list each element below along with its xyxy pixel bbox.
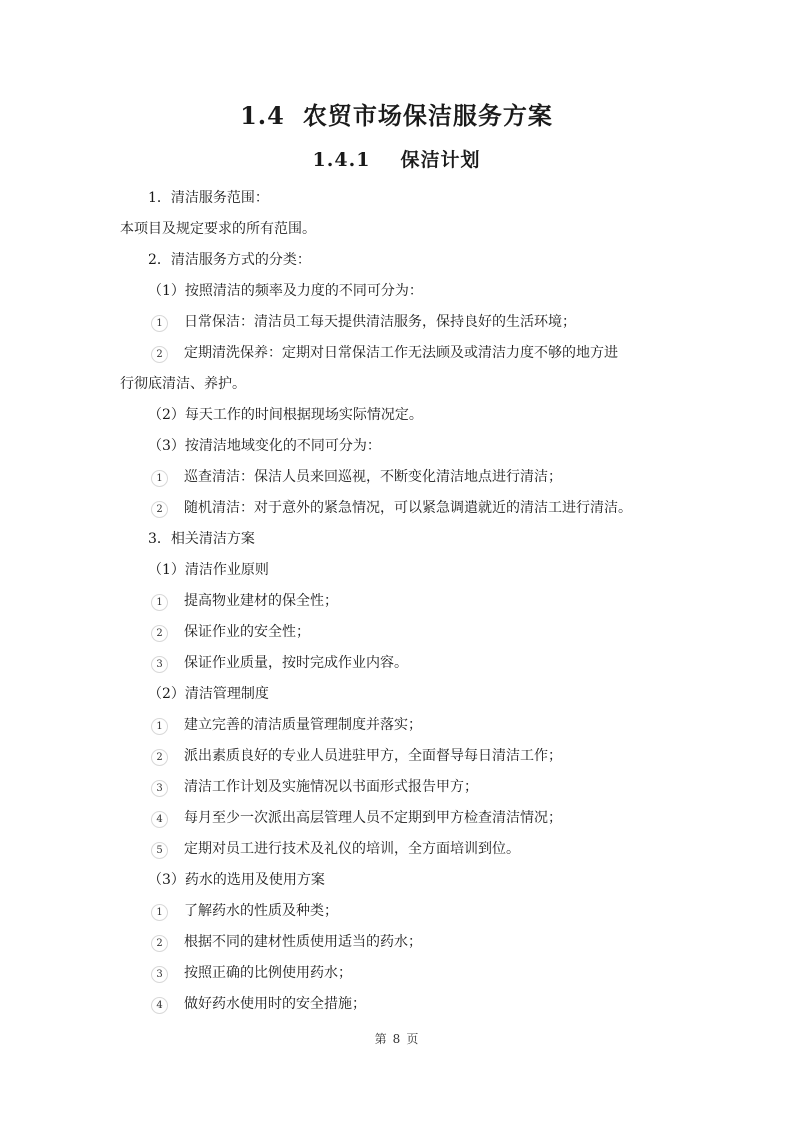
list-item: 5定期对员工进行技术及礼仪的培训，全方面培训到位。 — [120, 834, 675, 865]
paragraph-line: （1）清洁作业原则 — [120, 555, 675, 586]
line-text: （2）每天工作的时间根据现场实际情况定。 — [148, 407, 423, 423]
paragraph-line: （3）按清洁地域变化的不同可分为： — [120, 431, 675, 462]
circled-number-icon: 1 — [151, 470, 168, 487]
line-text: 本项目及规定要求的所有范围。 — [120, 221, 316, 237]
paragraph-line: 1．清洁服务范围： — [120, 183, 675, 214]
list-item-text: 了解药水的性质及种类； — [184, 896, 338, 927]
list-item-text: 派出素质良好的专业人员进驻甲方，全面督导每日清洁工作； — [184, 741, 562, 772]
line-text: （1）按照清洁的频率及力度的不同可分为： — [148, 283, 423, 299]
list-item: 3保证作业质量，按时完成作业内容。 — [120, 648, 675, 679]
section-number: 1.4 — [240, 101, 285, 130]
list-item: 1建立完善的清洁质量管理制度并落实； — [120, 710, 675, 741]
list-item: 4每月至少一次派出高层管理人员不定期到甲方检查清洁情况； — [120, 803, 675, 834]
list-item-text: 定期对员工进行技术及礼仪的培训，全方面培训到位。 — [184, 834, 520, 865]
line-text: 1．清洁服务范围： — [148, 190, 269, 206]
list-item-text: 按照正确的比例使用药水； — [184, 958, 352, 989]
circled-number-icon: 2 — [151, 749, 168, 766]
list-item: 2派出素质良好的专业人员进驻甲方，全面督导每日清洁工作； — [120, 741, 675, 772]
line-text: （3）按清洁地域变化的不同可分为： — [148, 438, 381, 454]
list-item: 3按照正确的比例使用药水； — [120, 958, 675, 989]
line-text: （2）清洁管理制度 — [148, 686, 269, 702]
circled-number-icon: 2 — [151, 935, 168, 952]
page-number: 8 — [393, 1032, 401, 1046]
list-item: 2随机清洁：对于意外的紧急情况，可以紧急调遣就近的清洁工进行清洁。 — [120, 493, 675, 524]
list-item-text: 每月至少一次派出高层管理人员不定期到甲方检查清洁情况； — [184, 803, 562, 834]
list-item: 1提高物业建材的保全性； — [120, 586, 675, 617]
list-item-text: 保证作业质量，按时完成作业内容。 — [184, 648, 408, 679]
page-footer: 第8页 — [0, 1030, 793, 1047]
list-item-text: 建立完善的清洁质量管理制度并落实； — [184, 710, 422, 741]
list-item-text: 清洁工作计划及实施情况以书面形式报告甲方； — [184, 772, 478, 803]
line-text: （3）药水的选用及使用方案 — [148, 872, 325, 888]
paragraph-line: 本项目及规定要求的所有范围。 — [120, 214, 675, 245]
circled-number-icon: 1 — [151, 594, 168, 611]
list-item-text: 提高物业建材的保全性； — [184, 586, 338, 617]
list-item: 2保证作业的安全性； — [120, 617, 675, 648]
list-item-text: 根据不同的建材性质使用适当的药水； — [184, 927, 422, 958]
circled-number-icon: 3 — [151, 966, 168, 983]
list-item-text: 做好药水使用时的安全措施； — [184, 989, 366, 1020]
circled-number-icon: 5 — [151, 842, 168, 859]
list-item: 1了解药水的性质及种类； — [120, 896, 675, 927]
list-item-text: 定期清洗保养：定期对日常保洁工作无法顾及或清洁力度不够的地方进 — [184, 338, 618, 369]
subsection-title: 保洁计划 — [400, 149, 480, 171]
circled-number-icon: 1 — [151, 315, 168, 332]
paragraph-line: （3）药水的选用及使用方案 — [120, 865, 675, 896]
circled-number-icon: 2 — [151, 501, 168, 518]
paragraph-line: （2）每天工作的时间根据现场实际情况定。 — [120, 400, 675, 431]
circled-number-icon: 2 — [151, 346, 168, 363]
page-prefix: 第 — [375, 1032, 387, 1046]
page-suffix: 页 — [406, 1032, 418, 1046]
paragraph-line: （1）按照清洁的频率及力度的不同可分为： — [120, 276, 675, 307]
subsection-heading: 1.4.1保洁计划 — [0, 145, 793, 172]
paragraph-line: 3．相关清洁方案 — [120, 524, 675, 555]
paragraph-line: 行彻底清洁、养护。 — [120, 369, 675, 400]
list-item-text: 日常保洁：清洁员工每天提供清洁服务，保持良好的生活环境； — [184, 307, 576, 338]
list-item: 3清洁工作计划及实施情况以书面形式报告甲方； — [120, 772, 675, 803]
circled-number-icon: 3 — [151, 656, 168, 673]
circled-number-icon: 4 — [151, 811, 168, 828]
list-item: 1日常保洁：清洁员工每天提供清洁服务，保持良好的生活环境； — [120, 307, 675, 338]
line-text: （1）清洁作业原则 — [148, 562, 269, 578]
circled-number-icon: 1 — [151, 904, 168, 921]
list-item: 2定期清洗保养：定期对日常保洁工作无法顾及或清洁力度不够的地方进 — [120, 338, 675, 369]
paragraph-line: （2）清洁管理制度 — [120, 679, 675, 710]
section-title: 农贸市场保洁服务方案 — [303, 101, 553, 130]
section-heading: 1.4农贸市场保洁服务方案 — [0, 96, 793, 131]
circled-number-icon: 4 — [151, 997, 168, 1014]
subsection-number: 1.4.1 — [313, 149, 371, 171]
line-text: 行彻底清洁、养护。 — [120, 376, 246, 392]
circled-number-icon: 3 — [151, 780, 168, 797]
list-item-text: 保证作业的安全性； — [184, 617, 310, 648]
list-item-text: 巡查清洁：保洁人员来回巡视，不断变化清洁地点进行清洁； — [184, 462, 562, 493]
line-text: 3．相关清洁方案 — [148, 531, 255, 547]
line-text: 2．清洁服务方式的分类： — [148, 252, 311, 268]
paragraph-line: 2．清洁服务方式的分类： — [120, 245, 675, 276]
document-body: 1．清洁服务范围：本项目及规定要求的所有范围。2．清洁服务方式的分类：（1）按照… — [120, 183, 675, 1020]
list-item: 1巡查清洁：保洁人员来回巡视，不断变化清洁地点进行清洁； — [120, 462, 675, 493]
circled-number-icon: 1 — [151, 718, 168, 735]
list-item: 4做好药水使用时的安全措施； — [120, 989, 675, 1020]
list-item-text: 随机清洁：对于意外的紧急情况，可以紧急调遣就近的清洁工进行清洁。 — [184, 493, 632, 524]
circled-number-icon: 2 — [151, 625, 168, 642]
list-item: 2根据不同的建材性质使用适当的药水； — [120, 927, 675, 958]
